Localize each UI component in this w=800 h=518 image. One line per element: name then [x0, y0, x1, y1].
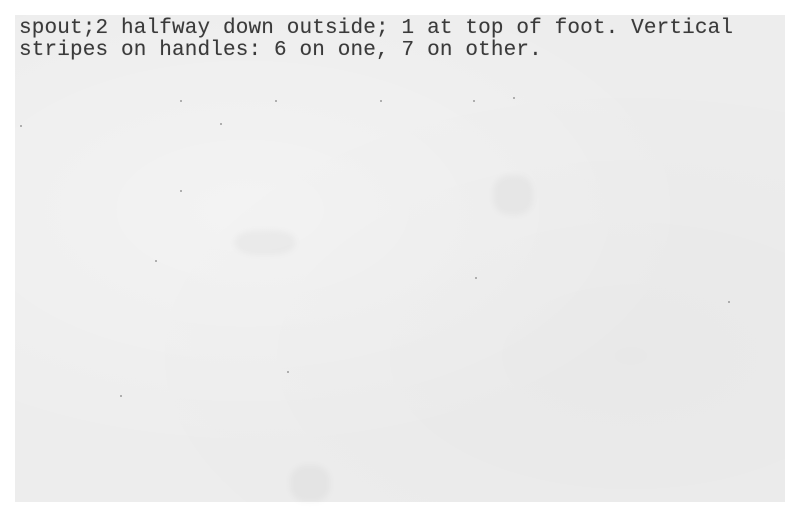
paper-speck	[275, 100, 277, 102]
paper-speck	[120, 395, 122, 397]
paper-speck	[220, 123, 222, 125]
paper-speck	[287, 371, 289, 373]
paper-speck	[20, 125, 22, 127]
paper-speck	[728, 301, 730, 303]
paper-smudge	[235, 230, 295, 255]
text-line-2: stripes on handles: 6 on one, 7 on other…	[19, 39, 542, 62]
paper-speck	[155, 260, 157, 262]
paper-speck	[180, 100, 182, 102]
paper-speck	[180, 190, 182, 192]
typewritten-card: spout;2 halfway down outside; 1 at top o…	[15, 15, 785, 502]
paper-speck	[380, 100, 382, 102]
paper-smudge	[493, 175, 533, 215]
paper-smudge	[290, 465, 330, 502]
paper-speck	[513, 97, 515, 99]
paper-speck	[473, 100, 475, 102]
paper-speck	[475, 277, 477, 279]
text-line-1: spout;2 halfway down outside; 1 at top o…	[19, 17, 733, 40]
